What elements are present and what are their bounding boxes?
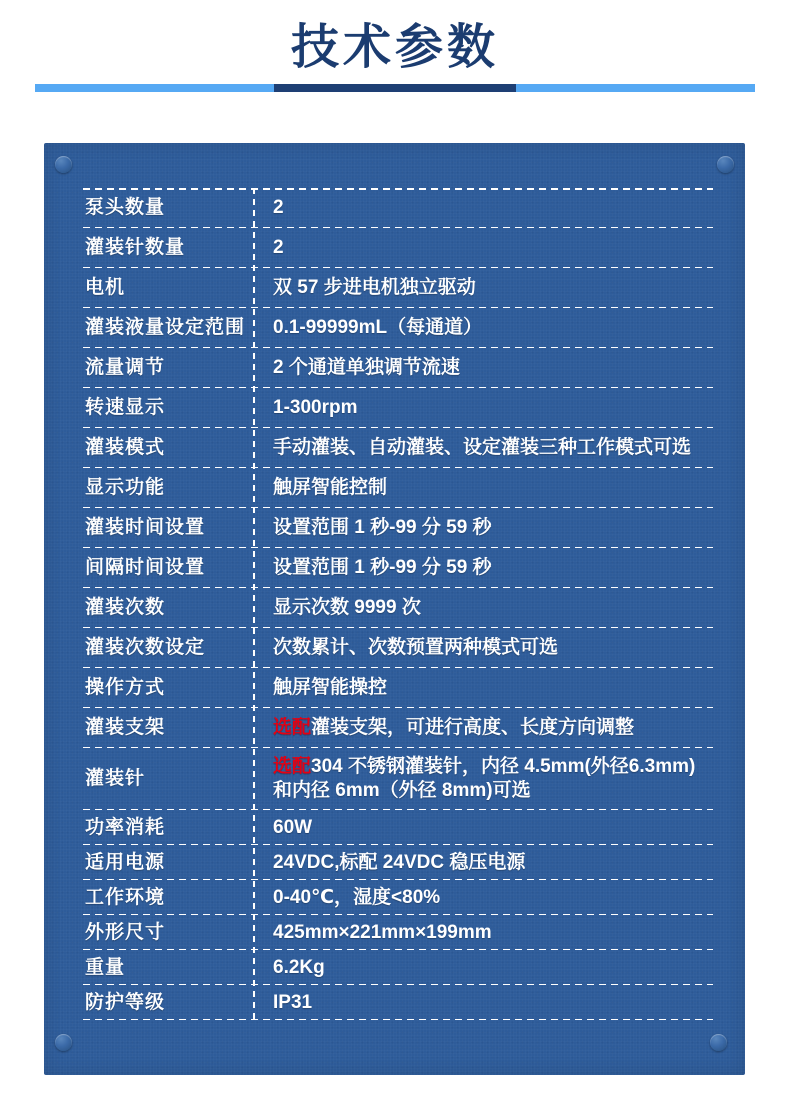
spec-value-text: 灌装支架，可进行高度、长度方向调整 (311, 717, 634, 738)
spec-row: 灌装模式 手动灌装、自动灌装、设定灌装三种工作模式可选 (83, 428, 713, 468)
spec-label: 重量 (83, 956, 253, 980)
spec-value-text: 0-40℃，湿度<80% (273, 887, 440, 908)
spec-value: 选配灌装支架，可进行高度、长度方向调整 (253, 716, 713, 740)
spec-value-text: 60W (273, 817, 312, 838)
spec-value-text: 双 57 步进电机独立驱动 (273, 277, 476, 298)
spec-value: 设置范围 1 秒-99 分 59 秒 (253, 516, 713, 540)
spec-label: 功率消耗 (83, 816, 253, 840)
spec-row: 转速显示 1-300rpm (83, 388, 713, 428)
spec-label: 操作方式 (83, 676, 253, 700)
spec-value: 次数累计、次数预置两种模式可选 (253, 636, 713, 660)
spec-row: 流量调节 2 个通道单独调节流速 (83, 348, 713, 388)
spec-value-text: 6.2Kg (273, 957, 325, 978)
spec-value-text: IP31 (273, 992, 312, 1013)
spec-table: 泵头数量 2 灌装针数量 2 电机 双 57 步进电机独立驱动 灌装液量设定范围… (83, 188, 713, 1020)
spec-row: 灌装次数 显示次数 9999 次 (83, 588, 713, 628)
spec-value: 触屏智能控制 (253, 476, 713, 500)
spec-label: 灌装次数 (83, 596, 253, 620)
spec-row: 灌装针数量 2 (83, 228, 713, 268)
spec-label: 灌装针 (83, 767, 253, 791)
spec-label: 灌装时间设置 (83, 516, 253, 540)
spec-row: 灌装次数设定 次数累计、次数预置两种模式可选 (83, 628, 713, 668)
spec-optional-tag: 选配 (273, 717, 311, 738)
page: 技术参数 泵头数量 2 灌装针数量 2 电机 双 57 步进电机独立驱动 灌装液… (0, 0, 790, 1103)
spec-label: 灌装支架 (83, 716, 253, 740)
title-underline-accent (274, 84, 516, 92)
spec-value: 6.2Kg (253, 956, 713, 980)
spec-label: 显示功能 (83, 476, 253, 500)
spec-label: 转速显示 (83, 396, 253, 420)
spec-row: 间隔时间设置 设置范围 1 秒-99 分 59 秒 (83, 548, 713, 588)
spec-row: 泵头数量 2 (83, 188, 713, 228)
spec-value: 设置范围 1 秒-99 分 59 秒 (253, 556, 713, 580)
rivet-icon (55, 156, 72, 173)
spec-row: 电机 双 57 步进电机独立驱动 (83, 268, 713, 308)
spec-row: 工作环境 0-40℃，湿度<80% (83, 880, 713, 915)
spec-label: 防护等级 (83, 991, 253, 1015)
spec-label: 灌装次数设定 (83, 636, 253, 660)
spec-label: 外形尺寸 (83, 921, 253, 945)
spec-value: 1-300rpm (253, 396, 713, 420)
spec-value: IP31 (253, 991, 713, 1015)
spec-value: 2 (253, 236, 713, 260)
rivet-icon (710, 1034, 727, 1051)
spec-value: 0.1-99999mL（每通道） (253, 316, 713, 340)
spec-panel: 泵头数量 2 灌装针数量 2 电机 双 57 步进电机独立驱动 灌装液量设定范围… (44, 143, 745, 1075)
spec-value-text: 304 不锈钢灌装针，内径 4.5mm(外径6.3mm) 和内径 6mm（外径 … (273, 756, 695, 801)
spec-optional-tag: 选配 (273, 756, 311, 777)
spec-row: 操作方式 触屏智能操控 (83, 668, 713, 708)
rivet-icon (717, 156, 734, 173)
spec-row: 灌装针 选配304 不锈钢灌装针，内径 4.5mm(外径6.3mm) 和内径 6… (83, 748, 713, 810)
spec-value-text: 0.1-99999mL（每通道） (273, 317, 482, 338)
spec-value: 2 个通道单独调节流速 (253, 356, 713, 380)
spec-value-text: 显示次数 9999 次 (273, 597, 421, 618)
spec-row: 显示功能 触屏智能控制 (83, 468, 713, 508)
spec-label: 泵头数量 (83, 196, 253, 220)
spec-value-text: 2 个通道单独调节流速 (273, 357, 460, 378)
rivet-icon (55, 1034, 72, 1051)
spec-label: 流量调节 (83, 356, 253, 380)
spec-value: 2 (253, 196, 713, 220)
spec-value: 显示次数 9999 次 (253, 596, 713, 620)
spec-value: 0-40℃，湿度<80% (253, 886, 713, 910)
spec-value-text: 次数累计、次数预置两种模式可选 (273, 637, 558, 658)
spec-value: 选配304 不锈钢灌装针，内径 4.5mm(外径6.3mm) 和内径 6mm（外… (253, 755, 713, 803)
spec-row: 灌装支架 选配灌装支架，可进行高度、长度方向调整 (83, 708, 713, 748)
spec-value-text: 1-300rpm (273, 397, 358, 418)
spec-row: 灌装液量设定范围 0.1-99999mL（每通道） (83, 308, 713, 348)
spec-value-text: 触屏智能操控 (273, 677, 387, 698)
spec-value: 双 57 步进电机独立驱动 (253, 276, 713, 300)
spec-row: 外形尺寸 425mm×221mm×199mm (83, 915, 713, 950)
spec-value-text: 设置范围 1 秒-99 分 59 秒 (273, 517, 492, 538)
spec-value-text: 触屏智能控制 (273, 477, 387, 498)
spec-value-text: 手动灌装、自动灌装、设定灌装三种工作模式可选 (273, 437, 691, 458)
spec-row: 适用电源 24VDC,标配 24VDC 稳压电源 (83, 845, 713, 880)
spec-label: 电机 (83, 276, 253, 300)
spec-value-text: 425mm×221mm×199mm (273, 922, 492, 943)
spec-value: 60W (253, 816, 713, 840)
spec-label: 灌装液量设定范围 (83, 316, 253, 340)
spec-label: 间隔时间设置 (83, 556, 253, 580)
spec-row: 重量 6.2Kg (83, 950, 713, 985)
spec-label: 适用电源 (83, 851, 253, 875)
spec-value-text: 2 (273, 237, 284, 258)
title-underline (35, 84, 755, 92)
spec-value: 手动灌装、自动灌装、设定灌装三种工作模式可选 (253, 436, 713, 460)
spec-value: 触屏智能操控 (253, 676, 713, 700)
spec-label: 灌装模式 (83, 436, 253, 460)
spec-row: 功率消耗 60W (83, 810, 713, 845)
spec-value-text: 2 (273, 197, 284, 218)
spec-row: 灌装时间设置 设置范围 1 秒-99 分 59 秒 (83, 508, 713, 548)
spec-value-text: 设置范围 1 秒-99 分 59 秒 (273, 557, 492, 578)
page-title: 技术参数 (0, 8, 790, 77)
spec-value-text: 24VDC,标配 24VDC 稳压电源 (273, 852, 525, 873)
spec-label: 工作环境 (83, 886, 253, 910)
spec-label: 灌装针数量 (83, 236, 253, 260)
spec-value: 24VDC,标配 24VDC 稳压电源 (253, 851, 713, 875)
spec-row: 防护等级 IP31 (83, 985, 713, 1020)
spec-value: 425mm×221mm×199mm (253, 921, 713, 945)
